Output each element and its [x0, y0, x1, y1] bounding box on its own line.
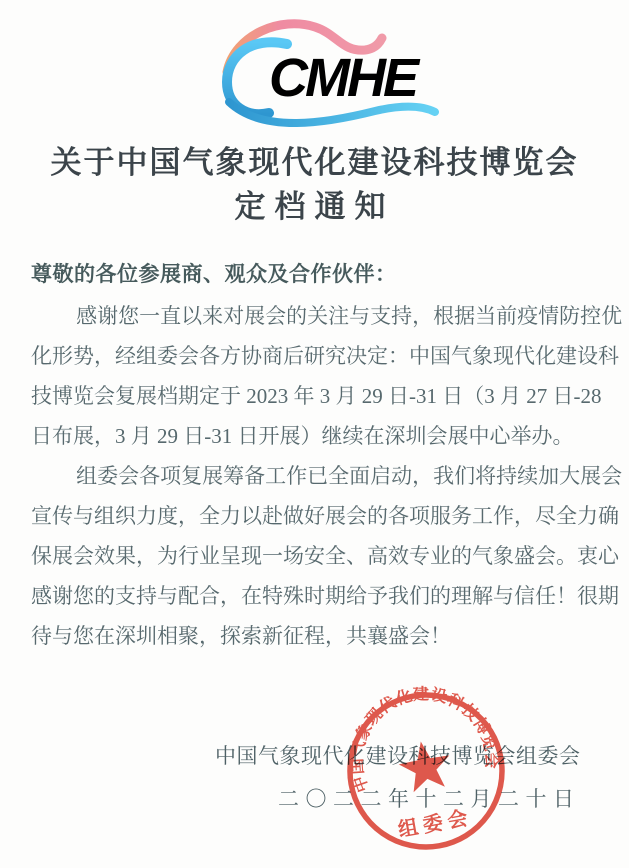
- logo-letter-c: C: [269, 48, 309, 108]
- salutation-line: 尊敬的各位参展商、观众及合作伙伴：: [31, 254, 598, 294]
- body-line: 组委会各项复展筹备工作已全面启动，我们将持续加大展会: [31, 456, 598, 496]
- cmhe-logo: CMHE: [0, 6, 629, 136]
- paragraph-2: 组委会各项复展筹备工作已全面启动，我们将持续加大展会 宣传与组织力度，全力以赴做…: [31, 456, 598, 656]
- notice-title-line1: 关于中国气象现代化建设科技博览会: [0, 141, 629, 185]
- body-line: 待与您在深圳相聚，探索新征程，共襄盛会！: [31, 616, 598, 656]
- notice-title: 关于中国气象现代化建设科技博览会 定档通知: [0, 141, 629, 229]
- official-seal: 中国气象现代化建设科技博览会 组委会: [328, 673, 525, 868]
- body-line: 日布展，3 月 29 日-31 日开展）继续在深圳会展中心举办。: [31, 416, 598, 456]
- body-line: 保展会效果，为行业呈现一场安全、高效专业的气象盛会。衷心: [31, 536, 598, 576]
- star-icon: [395, 737, 454, 794]
- notice-body: 尊敬的各位参展商、观众及合作伙伴： 感谢您一直以来对展会的关注与支持，根据当前疫…: [31, 254, 598, 656]
- body-line: 宣传与组织力度，全力以赴做好展会的各项服务工作，尽全力确: [31, 496, 598, 536]
- cmhe-cloud-logo-icon: CMHE: [175, 8, 455, 134]
- logo-letter-h: H: [346, 48, 386, 108]
- logo-letter-e: E: [382, 48, 420, 108]
- body-line: 化形势，经组委会各方协商后研究决定：中国气象现代化建设科: [31, 336, 598, 376]
- body-line: 技博览会复展档期定于 2023 年 3 月 29 日-31 日（3 月 27 日…: [31, 376, 598, 416]
- logo-letter-m: M: [305, 48, 351, 108]
- notice-document: CMHE 关于中国气象现代化建设科技博览会 定档通知 尊敬的各位参展商、观众及合…: [0, 0, 629, 868]
- paragraph-1: 感谢您一直以来对展会的关注与支持，根据当前疫情防控优 化形势，经组委会各方协商后…: [31, 296, 598, 456]
- logo-letters: CMHE: [269, 48, 421, 108]
- notice-title-line2: 定档通知: [0, 185, 629, 229]
- seal-icon: 中国气象现代化建设科技博览会 组委会: [328, 673, 525, 868]
- body-line: 感谢您一直以来对展会的关注与支持，根据当前疫情防控优: [31, 296, 598, 336]
- body-line: 感谢您的支持与配合，在特殊时期给予我们的理解与信任！很期: [31, 576, 598, 616]
